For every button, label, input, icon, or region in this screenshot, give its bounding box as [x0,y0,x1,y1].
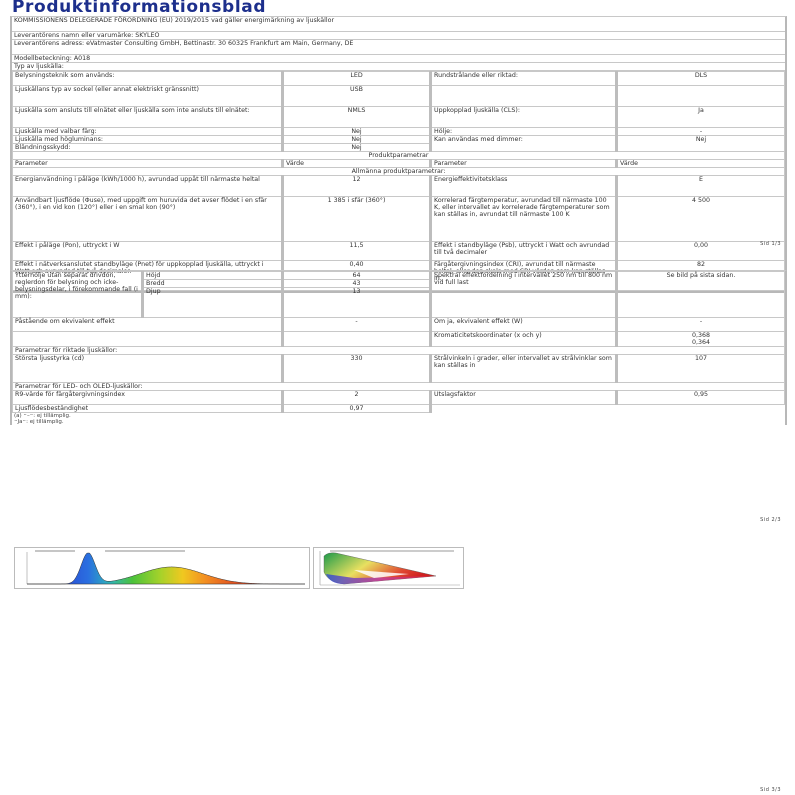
dimension-label: Djup [143,288,283,318]
table-row: Ljusflödesbeständighet 0,97 [13,405,785,413]
spectrum-chart [14,547,310,589]
row-label: Energieffektivitetsklass [431,176,617,197]
row-label: R9-värde för färgåtergivningsindex [13,391,283,405]
footnote: ״Ja״: ej tillämplig. [12,419,785,425]
row-value: 0,95 [617,391,785,405]
cie-chart [313,547,464,589]
table-row: R9-värde för färgåtergivningsindex 2 Uts… [13,391,785,405]
row-value: 107 [617,355,785,383]
column-header: Parameter [431,160,617,168]
row-value: - [617,128,785,136]
row-label: Om ja, ekvivalent effekt (W) [431,318,617,332]
row-label: Korrelerad färgtemperatur, avrundad till… [431,197,617,242]
dimension-label: Bredd [143,280,283,288]
dimension-label: Höjd [143,272,283,280]
section-row: Produktparametrar [13,152,785,160]
table-row: Påstående om ekvivalent effekt - Om ja, … [13,318,785,332]
row-value: Nej [283,144,431,152]
row-label: Uppkopplad ljuskälla (CLS): [431,107,617,128]
regulation-line: KOMMISSIONENS DELEGERADE FÖRORDNING (EU)… [12,17,785,32]
dimension-value: 13 [283,288,431,318]
row-value: 330 [283,355,431,383]
dimension-value: 64 [283,272,431,280]
row-label: Påstående om ekvivalent effekt [13,318,283,332]
page-number: Sid 1/3 [760,241,781,247]
table-row: Kromaticitetskoordinater (x och y) 0,368… [13,332,785,347]
row-value: 1 385 i sfär (360°) [283,197,431,242]
document-title: Produktinformationsblad [12,0,266,17]
row-label: Bländningsskydd: [13,144,283,152]
row-value: Nej [283,136,431,144]
row-label: Användbart ljusflöde (Φuse), med uppgift… [13,197,283,242]
section-heading: Parametrar för riktade ljuskällor: [13,347,785,355]
row-value: - [617,318,785,332]
row-value: LED [283,72,431,86]
column-header: Värde [617,160,785,168]
general-table: Belysningsteknik som används: LED Rundst… [12,71,785,291]
row-value: 11,5 [283,242,431,261]
row-label: Största ljusstyrka (cd) [13,355,283,383]
table-row: Effekt i påläge (Pon), uttryckt i W 11,5… [13,242,785,261]
row-label: Utslagsfaktor [431,391,617,405]
row-label: Strålvinkeln i grader, eller intervallet… [431,355,617,383]
row-label: Ljuskälla som ansluts till elnätet eller… [13,107,283,128]
row-value: 4 500 [617,197,785,242]
spectrum-graph [15,548,309,588]
row-label: Energianvändning i påläge (kWh/1000 h), … [13,176,283,197]
row-value: Nej [617,136,785,152]
chromaticity-values: 0,3680,364 [617,332,785,347]
row-label: Kan användas med dimmer: [431,136,617,152]
row-value: 2 [283,391,431,405]
row-label: Ljuskälla med valbar färg: [13,128,283,136]
model-identifier: Modellbeteckning: A018 [12,55,785,63]
row-label: Ytterhölje utan separat drivdon, reglerd… [13,272,143,318]
table-row: Största ljusstyrka (cd) 330 Strålvinkeln… [13,355,785,383]
row-label: Belysningsteknik som används: [13,72,283,86]
row-value: 12 [283,176,431,197]
chroma-x: 0,368 [692,332,710,339]
row-label: Effekt i påläge (Pon), uttryckt i W [13,242,283,261]
table-row: Belysningsteknik som används: LED Rundst… [13,72,785,86]
page-number: Sid 2/3 [760,517,781,523]
row-label: Ljuskällans typ av sockel (eller annat e… [13,86,283,107]
row-label: Rundstrålande eller riktad: [431,72,617,86]
section-heading: Produktparametrar [13,152,785,160]
row-value: Nej [283,128,431,136]
row-value: E [617,176,785,197]
column-header: Värde [283,160,431,168]
row-label: Ljusflödesbeständighet [13,405,283,413]
row-label [431,86,617,107]
info-sheet-continued: Ytterhölje utan separat drivdon, reglerd… [10,270,787,425]
page-number: Sid 3/3 [760,787,781,793]
table-row: Ljuskälla som ansluts till elnätet eller… [13,107,785,128]
section-heading: Allmänna produktparametrar: [13,168,785,176]
table-row: Ytterhölje utan separat drivdon, reglerd… [13,272,785,280]
row-label: Spektral effektfördelning i intervallet … [431,272,617,318]
info-sheet: KOMMISSIONENS DELEGERADE FÖRORDNING (EU)… [10,16,787,293]
row-value: NMLS [283,107,431,128]
row-label: Hölje: [431,128,617,136]
table-row: Ljuskälla med valbar färg: Nej Hölje: - [13,128,785,136]
row-value: USB [283,86,431,107]
supplier-address: Leverantörens adress: eVatmaster Consult… [12,40,785,55]
dimensions-table: Ytterhölje utan separat drivdon, reglerd… [12,271,785,413]
chroma-y: 0,364 [692,339,710,346]
header-row: Parameter Värde Parameter Värde [13,160,785,168]
table-row: Ljuskällans typ av sockel (eller annat e… [13,86,785,107]
row-value: Se bild på sista sidan. [617,272,785,318]
column-header: Parameter [13,160,283,168]
row-value: 0,97 [283,405,431,413]
table-row: Användbart ljusflöde (Φuse), med uppgift… [13,197,785,242]
row-value: DLS [617,72,785,86]
section-row: Parametrar för riktade ljuskällor: [13,347,785,355]
row-label: Kromaticitetskoordinater (x och y) [431,332,617,347]
row-label: Ljuskälla med högluminans: [13,136,283,144]
section-row: Allmänna produktparametrar: [13,168,785,176]
dimension-value: 43 [283,280,431,288]
row-value [617,86,785,107]
row-label: Effekt i standbyläge (Psb), uttryckt i W… [431,242,617,261]
row-value: - [283,318,431,332]
section-heading: Parametrar för LED- och OLED-ljuskällor: [13,383,785,391]
cie-diagram [314,548,463,588]
row-value: Ja [617,107,785,128]
table-row: Ljuskälla med högluminans: Nej Kan använ… [13,136,785,144]
section-row: Parametrar för LED- och OLED-ljuskällor: [13,383,785,391]
supplier-name: Leverantörens namn eller varumärke: SKYL… [12,32,785,40]
table-row: Energianvändning i påläge (kWh/1000 h), … [13,176,785,197]
light-source-type: Typ av ljuskälla: [12,63,785,71]
